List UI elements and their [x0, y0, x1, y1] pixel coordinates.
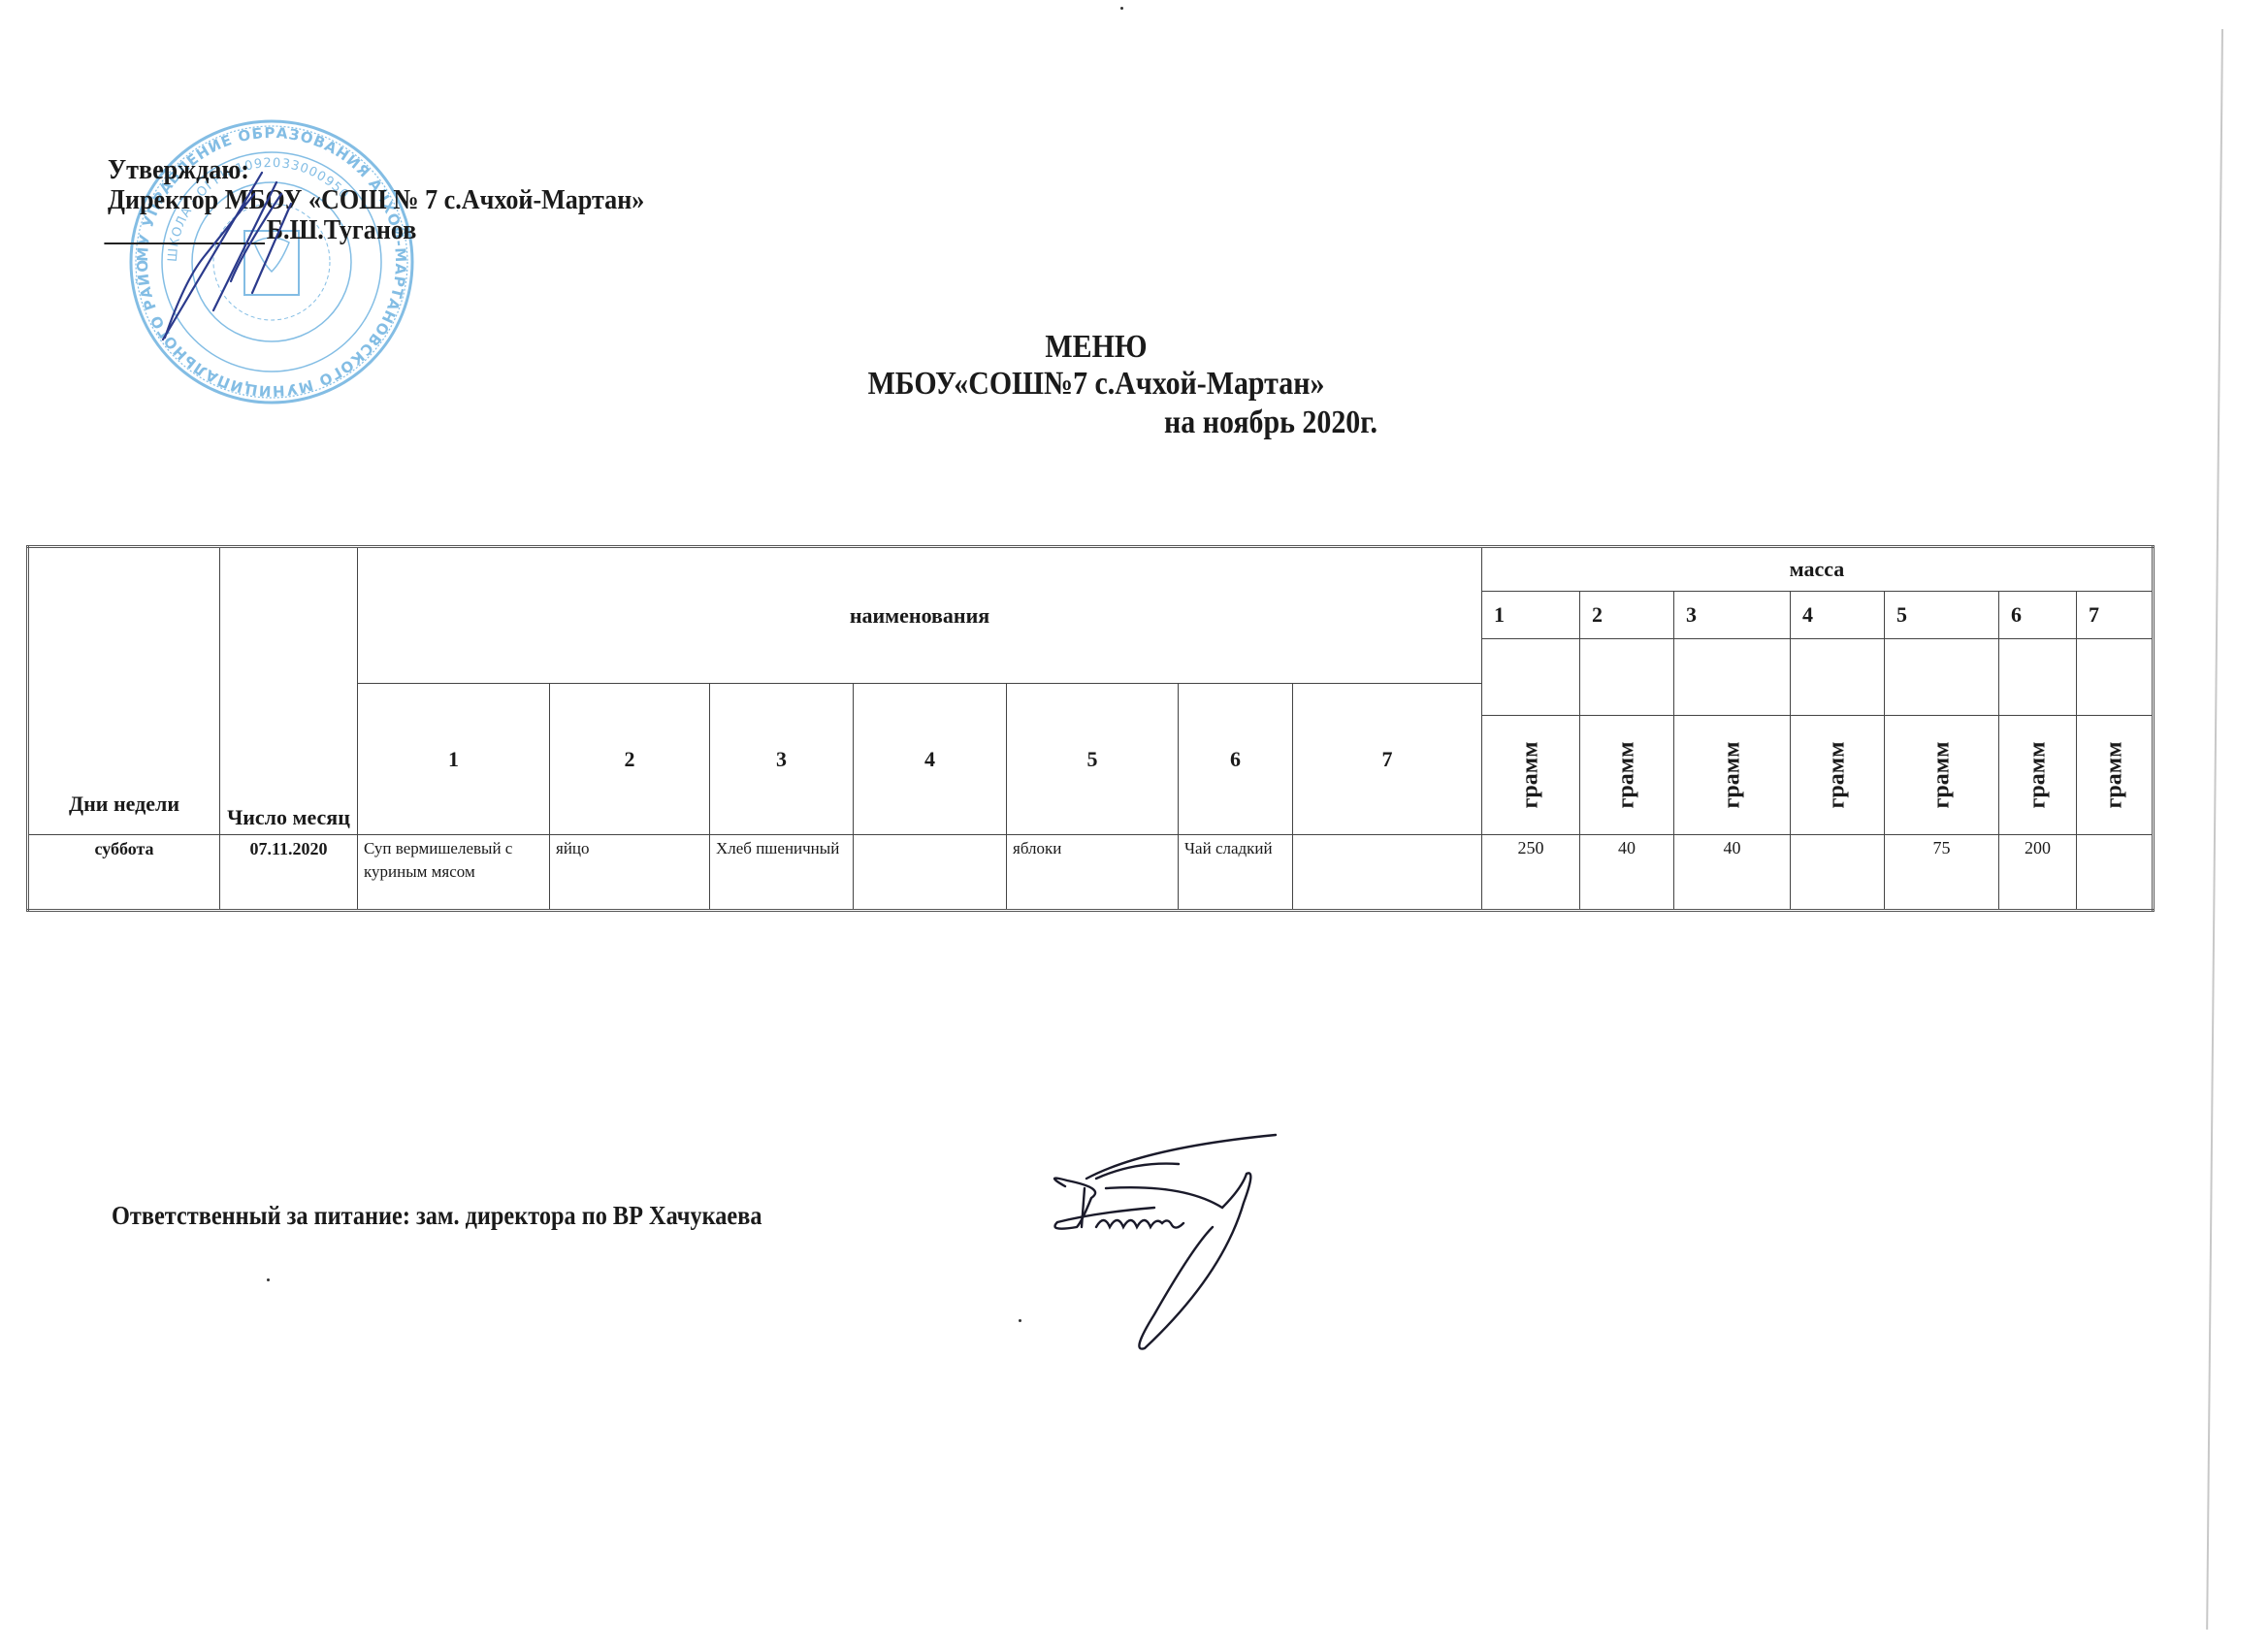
name-col-1: 1	[358, 684, 550, 835]
name-col-6: 6	[1179, 684, 1293, 835]
row-mass-5: 75	[1885, 835, 1999, 911]
mass-col-1: 1	[1482, 592, 1580, 639]
scan-edge-line	[2206, 29, 2223, 1630]
director-signature	[146, 165, 310, 349]
mass-blank-5	[1885, 639, 1999, 716]
mass-col-2: 2	[1580, 592, 1674, 639]
unit-gram-1: грамм	[1482, 716, 1580, 835]
header-names: наименования	[358, 547, 1482, 684]
table-row: суббота 07.11.2020 Суп вермишелевый с ку…	[28, 835, 2154, 911]
unit-gram-5: грамм	[1885, 716, 1999, 835]
responsible-signature	[1038, 1130, 1300, 1363]
unit-gram-6: грамм	[1999, 716, 2077, 835]
menu-period: на ноябрь 2020г.	[1075, 405, 1468, 440]
row-item-3: Хлеб пшеничный	[710, 835, 854, 911]
header-date: Число месяц	[220, 547, 358, 835]
mass-blank-4	[1791, 639, 1885, 716]
scan-speck	[267, 1278, 270, 1281]
responsible-person: Ответственный за питание: зам. директора…	[112, 1201, 761, 1231]
name-col-2: 2	[550, 684, 710, 835]
header-days: Дни недели	[28, 547, 220, 835]
mass-col-3: 3	[1674, 592, 1791, 639]
mass-blank-2	[1580, 639, 1674, 716]
mass-blank-3	[1674, 639, 1791, 716]
row-mass-4	[1791, 835, 1885, 911]
name-col-3: 3	[710, 684, 854, 835]
row-mass-7	[2077, 835, 2154, 911]
mass-col-7: 7	[2077, 592, 2154, 639]
row-date: 07.11.2020	[220, 835, 358, 911]
row-mass-6: 200	[1999, 835, 2077, 911]
mass-blank-7	[2077, 639, 2154, 716]
mass-blank-6	[1999, 639, 2077, 716]
scan-speck	[1120, 7, 1123, 10]
unit-gram-2: грамм	[1580, 716, 1674, 835]
unit-gram-4: грамм	[1791, 716, 1885, 835]
school-name: МБОУ«СОШ№7 с.Ачхой-Мартан»	[797, 367, 1395, 402]
header-mass: масса	[1482, 547, 2154, 592]
mass-blank-1	[1482, 639, 1580, 716]
row-mass-1: 250	[1482, 835, 1580, 911]
name-col-4: 4	[854, 684, 1007, 835]
mass-col-6: 6	[1999, 592, 2077, 639]
row-item-7	[1293, 835, 1482, 911]
row-mass-3: 40	[1674, 835, 1791, 911]
scan-speck	[1019, 1319, 1021, 1322]
mass-col-5: 5	[1885, 592, 1999, 639]
row-item-1: Суп вермишелевый с куриным мясом	[358, 835, 550, 911]
name-col-5: 5	[1007, 684, 1179, 835]
row-item-5: яблоки	[1007, 835, 1179, 911]
row-item-2: яйцо	[550, 835, 710, 911]
row-item-6: Чай сладкий	[1179, 835, 1293, 911]
menu-title: МЕНЮ	[968, 330, 1224, 365]
mass-col-4: 4	[1791, 592, 1885, 639]
row-day: суббота	[28, 835, 220, 911]
unit-gram-3: грамм	[1674, 716, 1791, 835]
name-col-7: 7	[1293, 684, 1482, 835]
unit-gram-7: грамм	[2077, 716, 2154, 835]
menu-table: Дни недели Число месяц наименования масс…	[26, 545, 2155, 912]
row-mass-2: 40	[1580, 835, 1674, 911]
row-item-4	[854, 835, 1007, 911]
